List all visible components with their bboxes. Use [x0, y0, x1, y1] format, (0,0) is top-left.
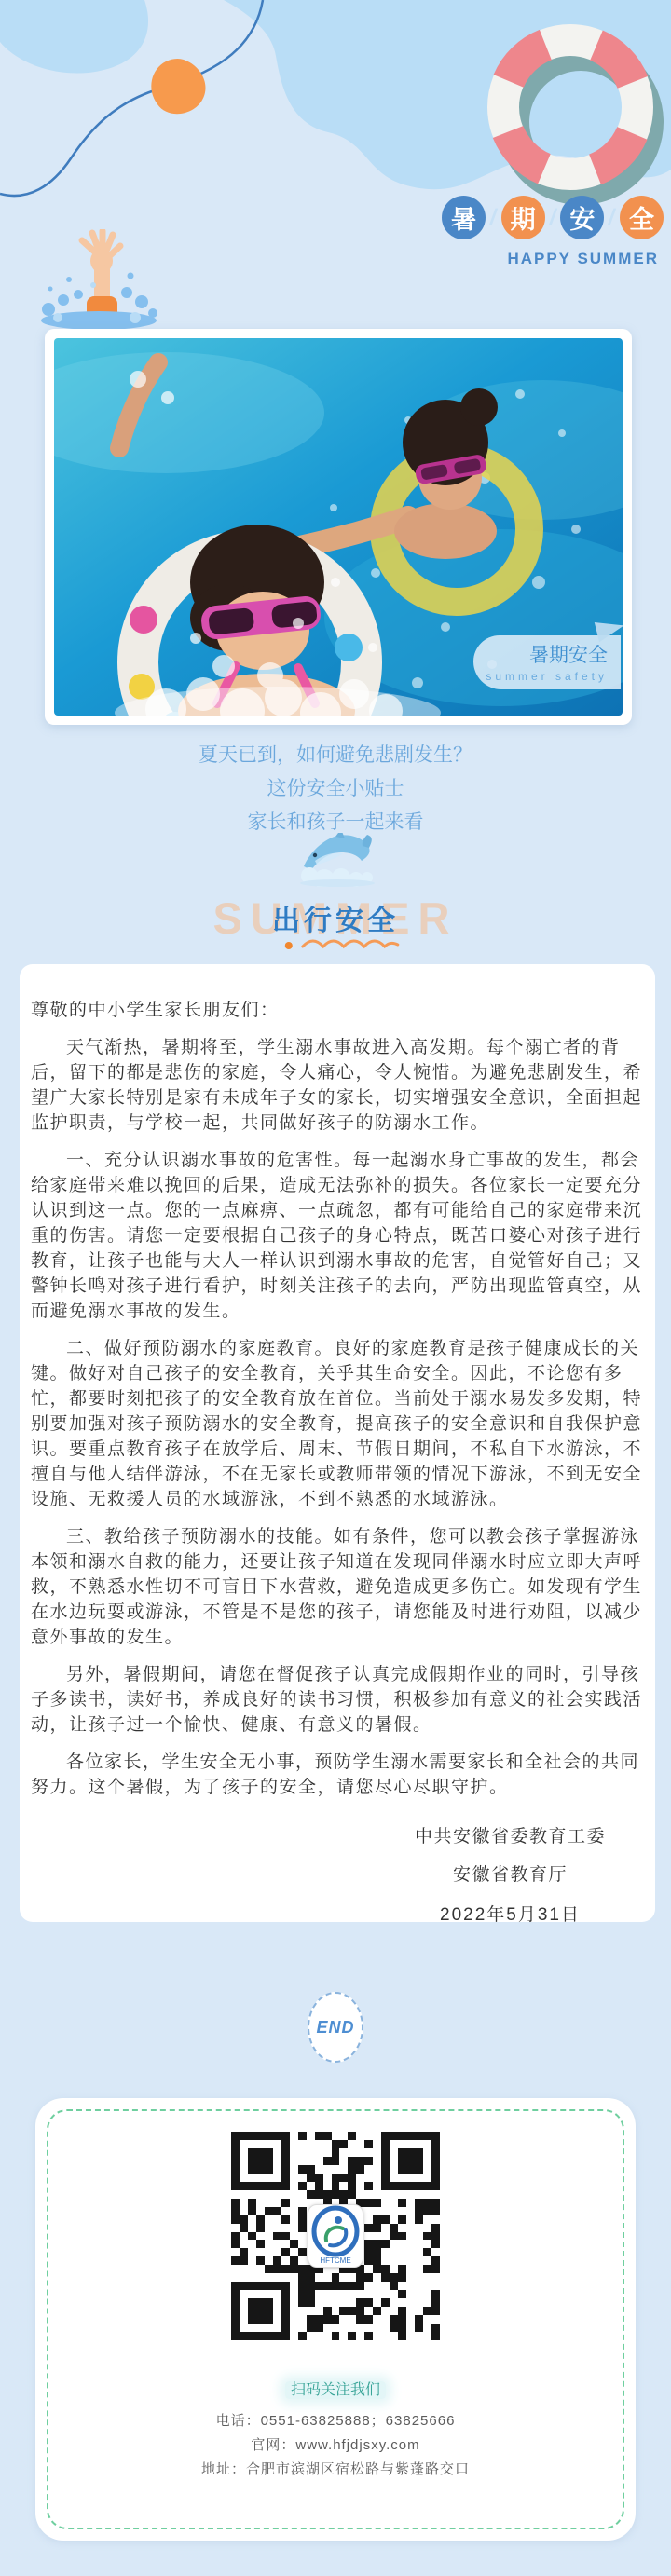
- end-label: END: [316, 2018, 354, 2038]
- title-badges: 暑 / 期 / 安 / 全: [442, 196, 664, 239]
- photo-caption-badge: 暑期安全 summer safety: [473, 635, 621, 689]
- follow-us-row: 扫码关注我们: [48, 2378, 623, 2399]
- letter-paragraph: 各位家长，学生安全无小事，预防学生溺水需要家长和全社会的共同努力。这个暑假，为了…: [31, 1750, 644, 1800]
- intro-line: 夏天已到，如何避免悲剧发生？: [0, 739, 671, 772]
- qr-logo-text: HFTCME: [320, 2256, 350, 2265]
- happy-summer-tagline: HAPPY SUMMER: [0, 250, 659, 268]
- letter-card: 尊敬的中小学生家长朋友们： 天气渐热，暑期将至，学生溺水事故进入高发期。每个溺亡…: [20, 964, 655, 1922]
- signature-date: 2022年5月31日: [410, 1902, 610, 1922]
- letter-salutation: 尊敬的中小学生家长朋友们：: [31, 998, 644, 1023]
- contact-phone: 电话：0551-63825888；63825666: [48, 2409, 623, 2433]
- dolphin-icon: [294, 833, 377, 887]
- intro-line: 这份安全小贴士: [0, 772, 671, 806]
- qr-code[interactable]: HFTCME: [224, 2124, 447, 2348]
- letter-paragraph: 二、做好预防溺水的家庭教育。良好的家庭教育是孩子健康成长的关键。做好对自己孩子的…: [31, 1336, 644, 1512]
- contact-website[interactable]: 官网：www.hfjdjsxy.com: [48, 2433, 623, 2458]
- photo-caption-subtitle: summer safety: [473, 670, 608, 683]
- lifebuoy-icon: [471, 14, 671, 214]
- photo-card: 暑期安全 summer safety: [45, 329, 632, 725]
- letter-signature: 中共安徽省委教育工委 安徽省教育厅 2022年5月31日: [410, 1824, 610, 1922]
- badge-separator: /: [488, 205, 500, 231]
- badge-qi: 期: [501, 196, 545, 239]
- intro-text: 夏天已到，如何避免悲剧发生？ 这份安全小贴士 家长和孩子一起来看: [0, 739, 671, 839]
- end-divider: END: [308, 1992, 363, 2063]
- follow-us-label: 扫码关注我们: [285, 2381, 386, 2399]
- photo-caption-title: 暑期安全: [473, 640, 608, 668]
- badge-separator: /: [547, 205, 558, 231]
- section-title: 出行安全: [0, 897, 671, 938]
- contact-info: 电话：0551-63825888；63825666 官网：www.hfjdjsx…: [48, 2409, 623, 2482]
- signature-org: 安徽省教育厅: [410, 1862, 610, 1888]
- letter-paragraph: 一、充分认识溺水事故的危害性。每一起溺水身亡事故的发生，都会给家庭带来难以挽回的…: [31, 1148, 644, 1324]
- footer-card: HFTCME 扫码关注我们 电话：0551-63825888；63825666 …: [35, 2098, 636, 2541]
- badge-an: 安: [560, 196, 604, 239]
- squiggle-underline-icon: [282, 934, 404, 955]
- letter-paragraph: 三、教给孩子预防溺水的技能。如有条件，您可以教会孩子掌握游泳本领和溺水自救的能力…: [31, 1524, 644, 1650]
- poster-page: 暑 / 期 / 安 / 全 HAPPY SUMMER: [0, 0, 671, 2576]
- badge-separator: /: [607, 205, 618, 231]
- signature-org: 中共安徽省委教育工委: [410, 1824, 610, 1849]
- qr-center-logo: HFTCME: [308, 2204, 363, 2268]
- badge-shu: 暑: [442, 196, 486, 239]
- letter-paragraph: 天气渐热，暑期将至，学生溺水事故进入高发期。每个溺亡者的背后，留下的都是悲伤的家…: [31, 1035, 644, 1136]
- letter-paragraph: 另外，暑假期间，请您在督促孩子认真完成假期作业的同时，引导孩子多读书，读好书，养…: [31, 1662, 644, 1738]
- section-header: SUMMER 出行安全: [0, 885, 671, 961]
- badge-quan: 全: [620, 196, 664, 239]
- pool-photo: 暑期安全 summer safety: [54, 338, 623, 716]
- drowning-hand-icon: [37, 229, 160, 330]
- footer-dashed-border: HFTCME 扫码关注我们 电话：0551-63825888；63825666 …: [47, 2109, 624, 2529]
- contact-address: 地址：合肥市滨湖区宿松路与紫蓬路交口: [48, 2458, 623, 2482]
